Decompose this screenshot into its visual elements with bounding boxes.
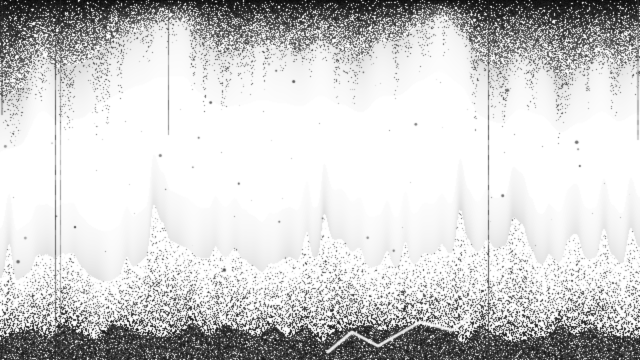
grunge-texture-canvas — [0, 0, 640, 360]
grunge-film-texture — [0, 0, 640, 360]
